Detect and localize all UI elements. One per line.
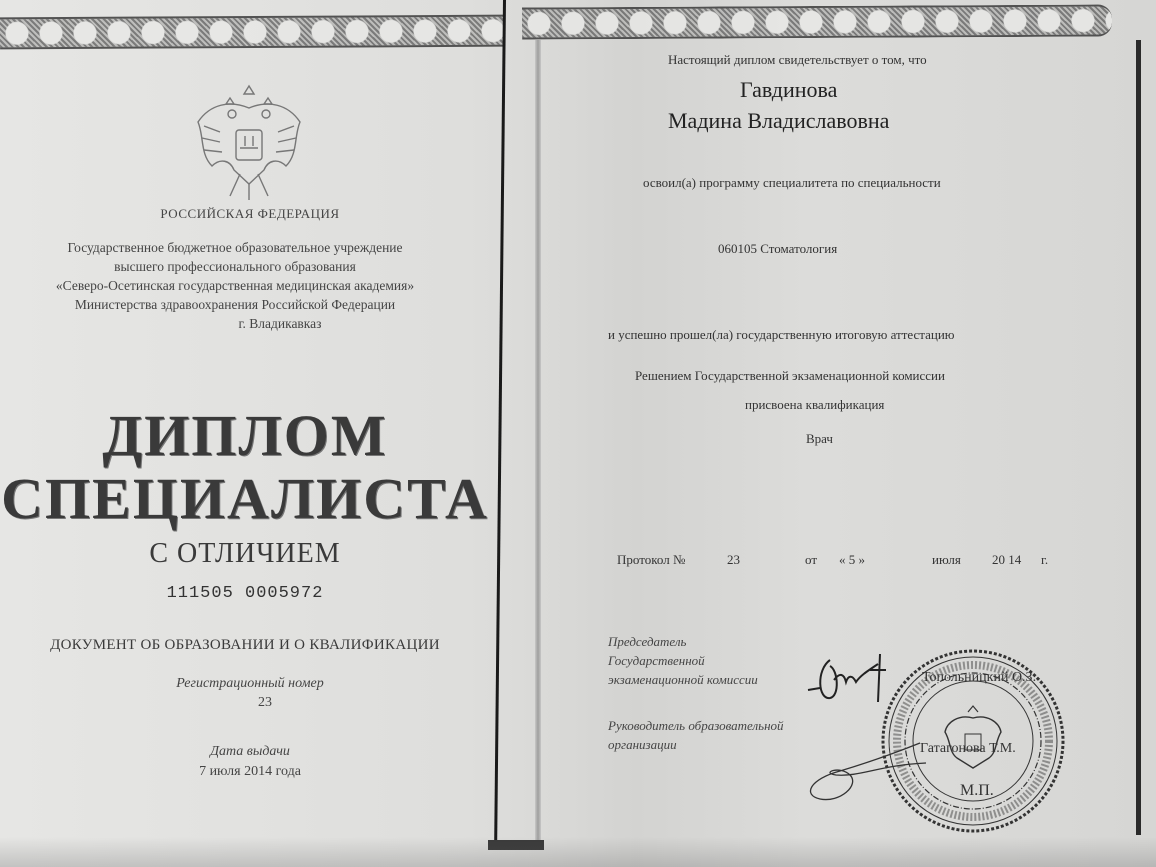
commission-chair-label: Председатель Государственной экзаменацио… [608, 632, 758, 689]
protocol-number: 23 [727, 552, 740, 568]
country-name: РОССИЙСКАЯ ФЕДЕРАЦИЯ [0, 206, 500, 222]
protocol-year-suffix: г. [1041, 552, 1048, 568]
organization-head-label: Руководитель образовательной организации [608, 716, 784, 754]
issue-date: 7 июля 2014 года [0, 764, 500, 780]
label-line: Председатель [608, 632, 758, 651]
right-page-edge [1136, 40, 1141, 835]
decorative-border-left [0, 15, 505, 50]
label-line: организации [608, 735, 784, 754]
honors-label: С ОТЛИЧИЕМ [0, 538, 490, 570]
label-line: Руководитель образовательной [608, 716, 784, 735]
issue-date-label: Дата выдачи [0, 744, 500, 760]
label-line: экзаменационной комиссии [608, 670, 758, 689]
qualification-assigned-label: присвоена квалификация [745, 397, 884, 413]
attestation-statement: и успешно прошел(ла) государственную ито… [608, 327, 955, 343]
document-type: ДОКУМЕНТ ОБ ОБРАЗОВАНИИ И О КВАЛИФИКАЦИИ [0, 637, 490, 654]
institution-name: Государственное бюджетное образовательно… [0, 238, 470, 333]
protocol-from-label: от [805, 552, 817, 568]
decorative-border-right [522, 4, 1112, 39]
protocol-label: Протокол № [617, 552, 685, 568]
institution-line: Министерства здравоохранения Российской … [0, 295, 470, 314]
diploma-subtitle: СПЕЦИАЛИСТА [0, 465, 490, 532]
commission-decision: Решением Государственной экзаменационной… [635, 368, 945, 384]
label-line: Государственной [608, 651, 758, 670]
registration-number: 23 [0, 695, 530, 711]
program-statement: освоил(а) программу специалитета по спец… [643, 175, 941, 191]
serial-number: 111505 0005972 [0, 584, 490, 603]
diploma-title: ДИПЛОМ [0, 402, 490, 469]
institution-line: «Северо-Осетинская государственная медиц… [0, 276, 470, 295]
graduate-surname: Гавдинова [740, 77, 837, 103]
certifies-statement: Настоящий диплом свидетельствует о том, … [620, 52, 1156, 68]
qualification: Врач [806, 431, 833, 447]
bottom-shadow [0, 837, 1156, 867]
institution-line: Государственное бюджетное образовательно… [0, 238, 470, 257]
protocol-month: июля [932, 552, 961, 568]
seal-place-mark: М.П. [960, 782, 994, 800]
registration-label: Регистрационный номер [0, 676, 500, 692]
protocol-year: 20 14 [992, 552, 1021, 568]
chair-name: Топольницкий О.З. [922, 670, 1036, 686]
diploma-scan: РОССИЙСКАЯ ФЕДЕРАЦИЯ Государственное бюд… [0, 0, 1156, 867]
specialty: 060105 Стоматология [718, 241, 837, 257]
coat-of-arms-icon [190, 78, 308, 206]
institution-line: высшего профессионального образования [0, 257, 470, 276]
page-fold-shadow [535, 40, 541, 840]
protocol-line: Протокол № 23 от « 5 » июля 20 14 г. [617, 552, 1087, 570]
head-name: Гатагонова Т.М. [920, 741, 1016, 757]
page-divider-line [494, 0, 506, 840]
institution-line: г. Владикавказ [0, 314, 470, 333]
protocol-day: « 5 » [839, 552, 865, 568]
graduate-given-names: Мадина Владиславовна [668, 108, 889, 134]
